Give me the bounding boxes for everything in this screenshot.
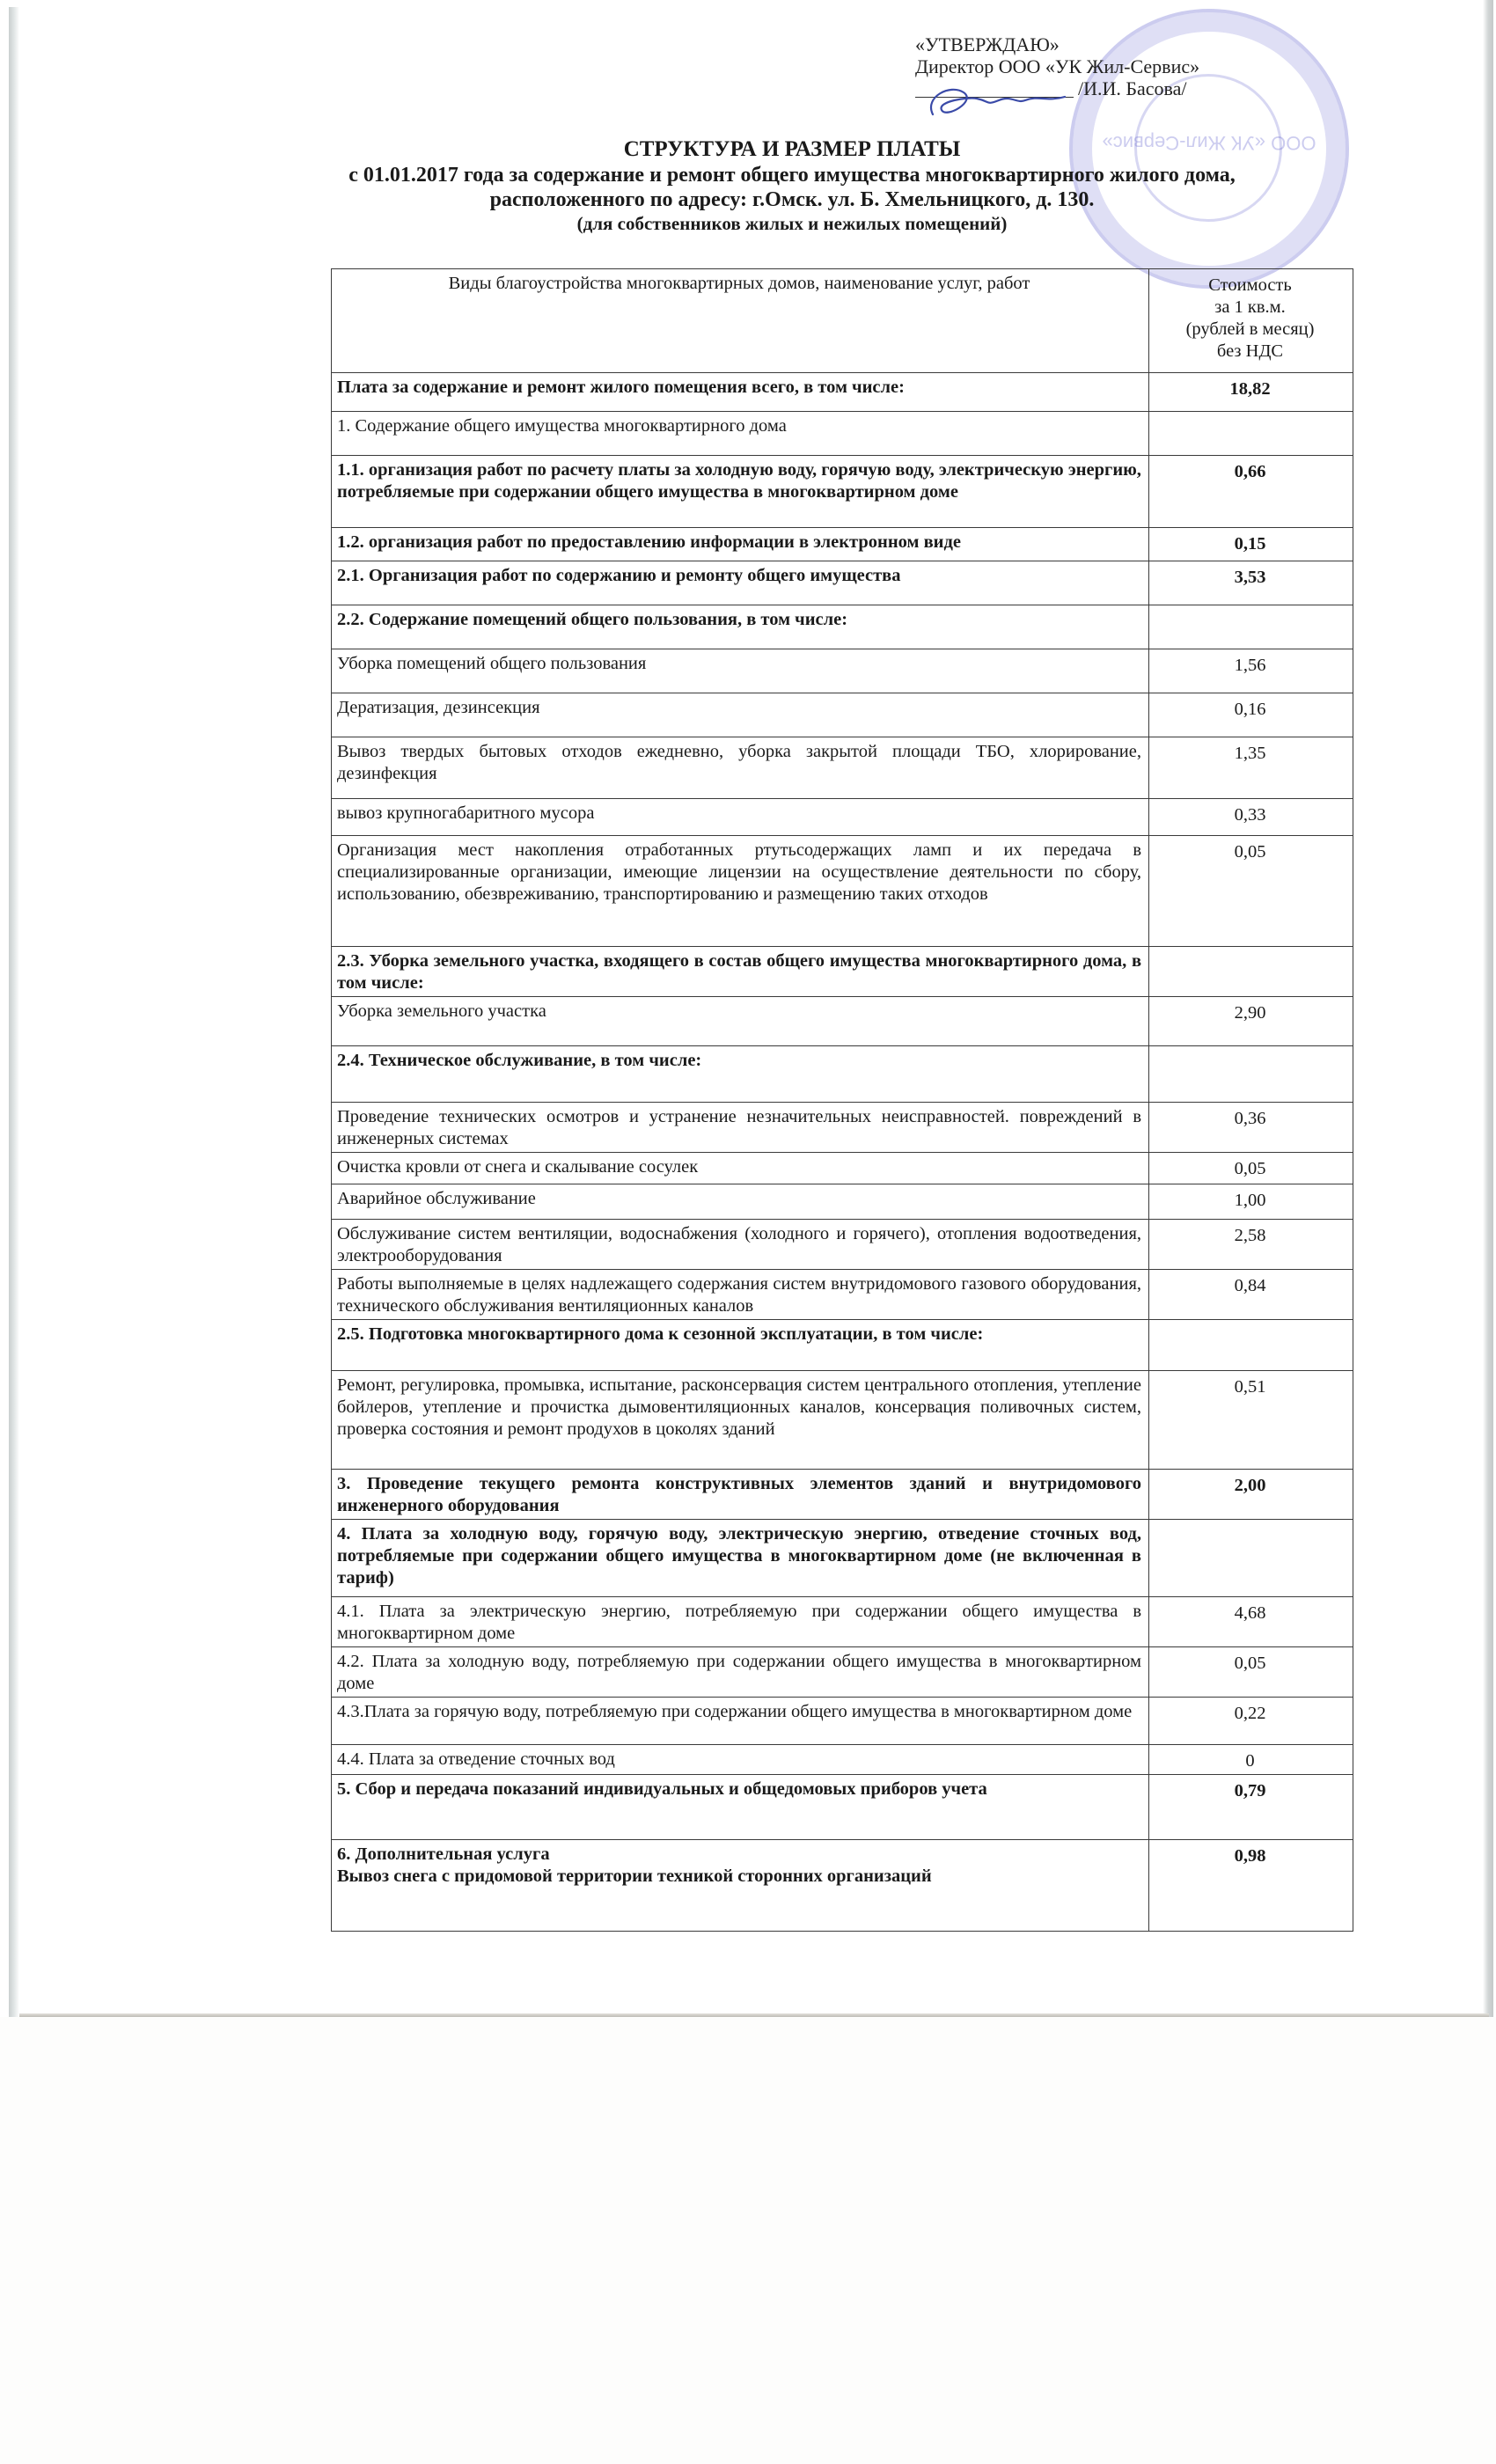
row-description: Организация мест накопления отработанных… bbox=[332, 836, 1149, 947]
row-description-text: 1.2. организация работ по предоставлению… bbox=[337, 532, 1141, 554]
row-description: Уборка помещений общего пользования bbox=[332, 649, 1149, 693]
row-description: Аварийное обслуживание bbox=[332, 1184, 1149, 1220]
row-value: 0,98 bbox=[1149, 1840, 1353, 1932]
page-edge-left bbox=[9, 7, 19, 2017]
row-value: 2,58 bbox=[1149, 1220, 1353, 1270]
table-row: 1. Содержание общего имущества многоквар… bbox=[332, 412, 1353, 456]
row-description-text: Уборка помещений общего пользования bbox=[337, 653, 1141, 675]
row-description-text: 1.1. организация работ по расчету платы … bbox=[337, 459, 1141, 503]
row-value: 0,51 bbox=[1149, 1371, 1353, 1470]
row-description: 4.3.Плата за горячую воду, потребляемую … bbox=[332, 1698, 1149, 1745]
row-description: 2.1. Организация работ по содержанию и р… bbox=[332, 561, 1149, 605]
table-row: 1.1. организация работ по расчету платы … bbox=[332, 456, 1353, 528]
row-description: вывоз крупногабаритного мусора bbox=[332, 799, 1149, 836]
row-description-text: 4.4. Плата за отведение сточных вод bbox=[337, 1749, 1141, 1771]
row-value: 2,90 bbox=[1149, 997, 1353, 1046]
row-value bbox=[1149, 947, 1353, 997]
row-description: 1.2. организация работ по предоставлению… bbox=[332, 528, 1149, 561]
row-description: Вывоз твердых бытовых отходов ежедневно,… bbox=[332, 737, 1149, 799]
row-description-text: 1. Содержание общего имущества многоквар… bbox=[337, 415, 1141, 437]
table-row: Уборка земельного участка2,90 bbox=[332, 997, 1353, 1046]
table-row: Ремонт, регулировка, промывка, испытание… bbox=[332, 1371, 1353, 1470]
row-description-text: вывоз крупногабаритного мусора bbox=[337, 803, 1141, 825]
row-description-text: 2.4. Техническое обслуживание, в том чис… bbox=[337, 1050, 1141, 1072]
row-value: 0,16 bbox=[1149, 693, 1353, 737]
table-row: Плата за содержание и ремонт жилого поме… bbox=[332, 373, 1353, 412]
table-row: 6. Дополнительная услугаВывоз снега с пр… bbox=[332, 1840, 1353, 1932]
table-row: 2.2. Содержание помещений общего пользов… bbox=[332, 605, 1353, 649]
document-heading: СТРУКТУРА И РАЗМЕР ПЛАТЫ с 01.01.2017 го… bbox=[290, 136, 1294, 235]
row-value: 0,15 bbox=[1149, 528, 1353, 561]
table-row: 1.2. организация работ по предоставлению… bbox=[332, 528, 1353, 561]
row-description: 2.5. Подготовка многоквартирного дома к … bbox=[332, 1320, 1149, 1371]
row-description-text: Аварийное обслуживание bbox=[337, 1188, 1141, 1210]
row-value: 0,79 bbox=[1149, 1775, 1353, 1840]
row-description-text: Организация мест накопления отработанных… bbox=[337, 840, 1141, 906]
row-description: 5. Сбор и передача показаний индивидуаль… bbox=[332, 1775, 1149, 1840]
row-description-text: Ремонт, регулировка, промывка, испытание… bbox=[337, 1375, 1141, 1441]
row-description-text: 6. Дополнительная услуга bbox=[337, 1844, 1141, 1866]
row-description-text: 2.3. Уборка земельного участка, входящег… bbox=[337, 950, 1141, 994]
row-value: 1,00 bbox=[1149, 1184, 1353, 1220]
row-description: Дератизация, дезинсекция bbox=[332, 693, 1149, 737]
row-description: 4. Плата за холодную воду, горячую воду,… bbox=[332, 1520, 1149, 1597]
row-description-text: Проведение технических осмотров и устран… bbox=[337, 1106, 1141, 1150]
table-row: Работы выполняемые в целях надлежащего с… bbox=[332, 1270, 1353, 1320]
row-description: 1.1. организация работ по расчету платы … bbox=[332, 456, 1149, 528]
header-cost-line2: за 1 кв.м. bbox=[1155, 297, 1346, 319]
row-value bbox=[1149, 1320, 1353, 1371]
heading-audience: (для собственников жилых и нежилых помещ… bbox=[290, 212, 1294, 235]
table-row: Очистка кровли от снега и скалывание сос… bbox=[332, 1153, 1353, 1184]
row-description: 6. Дополнительная услугаВывоз снега с пр… bbox=[332, 1840, 1149, 1932]
row-description-text: 2.2. Содержание помещений общего пользов… bbox=[337, 609, 1141, 631]
row-description: 2.2. Содержание помещений общего пользов… bbox=[332, 605, 1149, 649]
row-description: Обслуживание систем вентиляции, водоснаб… bbox=[332, 1220, 1149, 1270]
row-description-text: Вывоз твердых бытовых отходов ежедневно,… bbox=[337, 741, 1141, 785]
table-row: 5. Сбор и передача показаний индивидуаль… bbox=[332, 1775, 1353, 1840]
row-value: 3,53 bbox=[1149, 561, 1353, 605]
row-value: 0,36 bbox=[1149, 1103, 1353, 1153]
row-description: Уборка земельного участка bbox=[332, 997, 1149, 1046]
header-cost-line4: без НДС bbox=[1155, 341, 1346, 363]
signature-icon bbox=[915, 79, 1091, 123]
row-description-text: 3. Проведение текущего ремонта конструкт… bbox=[337, 1473, 1141, 1517]
table-row: 4.4. Плата за отведение сточных вод0 bbox=[332, 1745, 1353, 1775]
price-table: Виды благоустройства многоквартирных дом… bbox=[331, 268, 1353, 1932]
approval-signer: /И.И. Басова/ bbox=[1078, 77, 1187, 99]
table-row: Вывоз твердых бытовых отходов ежедневно,… bbox=[332, 737, 1353, 799]
row-value: 1,56 bbox=[1149, 649, 1353, 693]
row-value: 0,84 bbox=[1149, 1270, 1353, 1320]
table-header-row: Виды благоустройства многоквартирных дом… bbox=[332, 269, 1353, 373]
row-description-text: 4.3.Плата за горячую воду, потребляемую … bbox=[337, 1701, 1141, 1723]
page-edge-right bbox=[1483, 0, 1493, 2017]
table-row: 4.1. Плата за электрическую энергию, пот… bbox=[332, 1597, 1353, 1647]
table-row: 2.4. Техническое обслуживание, в том чис… bbox=[332, 1046, 1353, 1103]
row-value: 0,05 bbox=[1149, 1647, 1353, 1698]
row-description: Плата за содержание и ремонт жилого поме… bbox=[332, 373, 1149, 412]
row-description-text: Уборка земельного участка bbox=[337, 1001, 1141, 1023]
table-row: вывоз крупногабаритного мусора0,33 bbox=[332, 799, 1353, 836]
row-description-text: 5. Сбор и передача показаний индивидуаль… bbox=[337, 1778, 1141, 1800]
header-cost-line3: (рублей в месяц) bbox=[1155, 319, 1346, 341]
row-description-text: Работы выполняемые в целях надлежащего с… bbox=[337, 1273, 1141, 1317]
table-row: 4. Плата за холодную воду, горячую воду,… bbox=[332, 1520, 1353, 1597]
row-description: Очистка кровли от снега и скалывание сос… bbox=[332, 1153, 1149, 1184]
row-value bbox=[1149, 412, 1353, 456]
row-description-text: Дератизация, дезинсекция bbox=[337, 697, 1141, 719]
row-description-text: Очистка кровли от снега и скалывание сос… bbox=[337, 1156, 1141, 1178]
row-value: 0 bbox=[1149, 1745, 1353, 1775]
table-row: Организация мест накопления отработанных… bbox=[332, 836, 1353, 947]
row-description: 4.1. Плата за электрическую энергию, пот… bbox=[332, 1597, 1149, 1647]
header-cost-line1: Стоимость bbox=[1155, 275, 1346, 297]
row-value: 0,33 bbox=[1149, 799, 1353, 836]
row-description: Ремонт, регулировка, промывка, испытание… bbox=[332, 1371, 1149, 1470]
row-value: 2,00 bbox=[1149, 1470, 1353, 1520]
page-edge-bottom bbox=[19, 2013, 1489, 2017]
row-description-text-2: Вывоз снега с придомовой территории техн… bbox=[337, 1866, 1141, 1888]
heading-period: с 01.01.2017 года за содержание и ремонт… bbox=[290, 163, 1294, 187]
row-description: 3. Проведение текущего ремонта конструкт… bbox=[332, 1470, 1149, 1520]
row-description-text: Плата за содержание и ремонт жилого поме… bbox=[337, 377, 1141, 399]
row-description-text: 2.5. Подготовка многоквартирного дома к … bbox=[337, 1324, 1141, 1346]
row-description-text: 4.2. Плата за холодную воду, потребляему… bbox=[337, 1651, 1141, 1695]
row-value bbox=[1149, 1520, 1353, 1597]
heading-address: расположенного по адресу: г.Омск. ул. Б.… bbox=[290, 187, 1294, 212]
row-value: 0,22 bbox=[1149, 1698, 1353, 1745]
table-row: Аварийное обслуживание1,00 bbox=[332, 1184, 1353, 1220]
approval-position: Директор ООО «УК Жил-Сервис» bbox=[915, 55, 1199, 77]
header-description: Виды благоустройства многоквартирных дом… bbox=[332, 269, 1149, 373]
table-row: Обслуживание систем вентиляции, водоснаб… bbox=[332, 1220, 1353, 1270]
row-description: 2.4. Техническое обслуживание, в том чис… bbox=[332, 1046, 1149, 1103]
table-row: 2.5. Подготовка многоквартирного дома к … bbox=[332, 1320, 1353, 1371]
row-value: 0,66 bbox=[1149, 456, 1353, 528]
table-row: Уборка помещений общего пользования1,56 bbox=[332, 649, 1353, 693]
approval-label: «УТВЕРЖДАЮ» bbox=[915, 33, 1199, 55]
row-value bbox=[1149, 1046, 1353, 1103]
row-description-text: Обслуживание систем вентиляции, водоснаб… bbox=[337, 1223, 1141, 1267]
row-value: 18,82 bbox=[1149, 373, 1353, 412]
row-description: Работы выполняемые в целях надлежащего с… bbox=[332, 1270, 1149, 1320]
row-description: 4.4. Плата за отведение сточных вод bbox=[332, 1745, 1149, 1775]
row-description: 4.2. Плата за холодную воду, потребляему… bbox=[332, 1647, 1149, 1698]
table-row: 4.2. Плата за холодную воду, потребляему… bbox=[332, 1647, 1353, 1698]
row-description: Проведение технических осмотров и устран… bbox=[332, 1103, 1149, 1153]
row-description-text: 2.1. Организация работ по содержанию и р… bbox=[337, 565, 1141, 587]
row-description: 1. Содержание общего имущества многоквар… bbox=[332, 412, 1149, 456]
row-description: 2.3. Уборка земельного участка, входящег… bbox=[332, 947, 1149, 997]
table-row: 3. Проведение текущего ремонта конструкт… bbox=[332, 1470, 1353, 1520]
table-row: Дератизация, дезинсекция0,16 bbox=[332, 693, 1353, 737]
header-cost: Стоимость за 1 кв.м. (рублей в месяц) бе… bbox=[1149, 269, 1353, 373]
row-description-text: 4.1. Плата за электрическую энергию, пот… bbox=[337, 1601, 1141, 1645]
row-value bbox=[1149, 605, 1353, 649]
row-description-text: 4. Плата за холодную воду, горячую воду,… bbox=[337, 1523, 1141, 1589]
row-value: 0,05 bbox=[1149, 1153, 1353, 1184]
table-row: 2.1. Организация работ по содержанию и р… bbox=[332, 561, 1353, 605]
table-row: 2.3. Уборка земельного участка, входящег… bbox=[332, 947, 1353, 997]
table-row: Проведение технических осмотров и устран… bbox=[332, 1103, 1353, 1153]
row-value: 1,35 bbox=[1149, 737, 1353, 799]
table-row: 4.3.Плата за горячую воду, потребляемую … bbox=[332, 1698, 1353, 1745]
document-title: СТРУКТУРА И РАЗМЕР ПЛАТЫ bbox=[290, 136, 1294, 163]
row-value: 4,68 bbox=[1149, 1597, 1353, 1647]
row-value: 0,05 bbox=[1149, 836, 1353, 947]
